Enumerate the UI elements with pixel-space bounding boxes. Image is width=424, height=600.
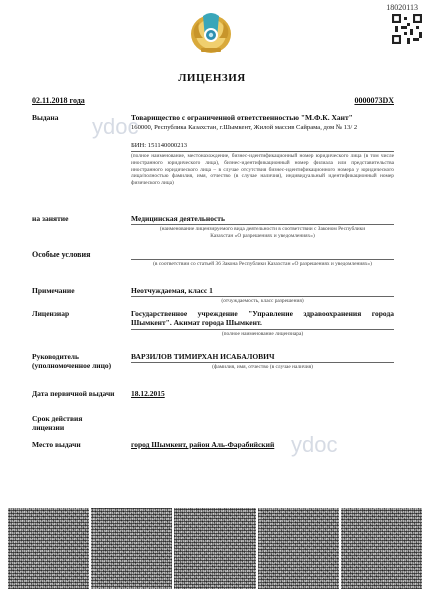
head-label-line1: Руководитель bbox=[32, 352, 111, 361]
place-of-issue-label: Место выдачи bbox=[32, 440, 81, 449]
document-number: 18020113 bbox=[386, 3, 418, 12]
issued-to-name: Товарищество с ограниченной ответственно… bbox=[131, 113, 394, 122]
activity-hint: (наименование лицензируемого вида деятел… bbox=[131, 226, 394, 240]
divider bbox=[131, 151, 394, 152]
divider bbox=[131, 259, 394, 260]
first-issue-date-value: 18.12.2015 bbox=[131, 389, 394, 398]
issue-date: 02.11.2018 года bbox=[32, 96, 85, 105]
head-label: Руководитель (уполномоченное лицо) bbox=[32, 352, 111, 370]
divider bbox=[131, 296, 394, 297]
validity-label: Срок действия лицензии bbox=[32, 414, 82, 432]
watermark: ydoc bbox=[92, 114, 138, 140]
issued-to-label: Выдана bbox=[32, 113, 58, 122]
barcode-block-icon bbox=[8, 508, 89, 589]
licensor-hint: (полное наименование лицензиара) bbox=[131, 331, 394, 338]
head-value: ВАРЗИЛОВ ТИМИРХАН ИСАБАЛОВИЧ bbox=[131, 352, 394, 361]
document-title: ЛИЦЕНЗИЯ bbox=[0, 72, 424, 84]
barcode-block-icon bbox=[91, 508, 172, 589]
barcode-block-icon bbox=[341, 508, 422, 589]
barcode-block-icon bbox=[258, 508, 339, 589]
special-conditions-hint: (в соответствии со статьей 36 Закона Рес… bbox=[131, 261, 394, 268]
qr-code-icon bbox=[392, 14, 422, 44]
licensor-value: Государственное учреждение "Управление з… bbox=[131, 309, 394, 327]
issued-to-hint: (полное наименование, местонахождение, б… bbox=[131, 153, 394, 187]
divider bbox=[131, 329, 394, 330]
watermark: ydoc bbox=[291, 432, 337, 458]
place-of-issue-value: город Шымкент, район Аль-Фарабийский bbox=[131, 440, 394, 449]
divider bbox=[131, 362, 394, 363]
validity-label-line1: Срок действия bbox=[32, 414, 82, 423]
special-conditions-label: Особые условия bbox=[32, 250, 90, 259]
state-emblem-icon bbox=[187, 8, 235, 56]
note-value: Неотчуждаемая, класс 1 bbox=[131, 286, 394, 295]
head-hint: (фамилия, имя, отчество (в случае наличи… bbox=[131, 364, 394, 371]
first-issue-date-label: Дата первичной выдачи bbox=[32, 389, 115, 398]
issued-to-bin: БИН: 151140000213 bbox=[131, 141, 394, 150]
activity-label: на занятие bbox=[32, 214, 68, 223]
note-label: Примечание bbox=[32, 286, 75, 295]
divider bbox=[131, 224, 394, 225]
activity-value: Медицинская деятельность bbox=[131, 214, 394, 223]
license-number: 0000073DX bbox=[354, 96, 394, 105]
note-hint: (отчуждаемость, класс разрешения) bbox=[131, 298, 394, 305]
barcode-strip bbox=[8, 508, 422, 589]
barcode-block-icon bbox=[174, 508, 255, 589]
head-label-line2: (уполномоченное лицо) bbox=[32, 361, 111, 370]
issued-to-address: 160000, Республика Казахстан, г.Шымкент,… bbox=[131, 124, 394, 132]
licensor-label: Лицензиар bbox=[32, 309, 69, 318]
validity-label-line2: лицензии bbox=[32, 423, 82, 432]
